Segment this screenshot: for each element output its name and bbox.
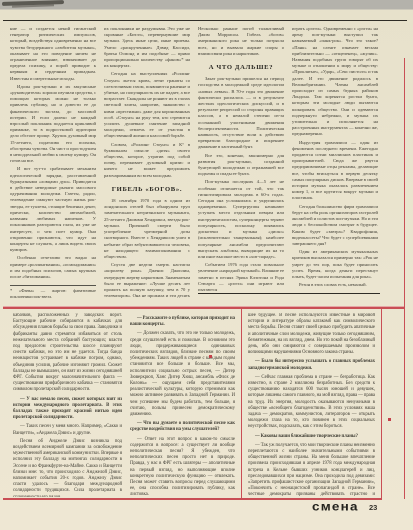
top-article-column-3: Несколько раньше погиб талантливый Джим … — [198, 26, 284, 298]
magazine-page: ние — и создается некий гигантский генер… — [0, 0, 413, 530]
interview-column-3: шее будущее. В песне используются извест… — [248, 313, 375, 497]
interview-question: — Расскажите о публике, которая приходит… — [130, 316, 235, 328]
body-paragraph: Закат рок-музыки пришелся на период госп… — [198, 76, 284, 150]
body-paragraph: Один из американских музыкальных критико… — [292, 249, 378, 280]
interview-question: — Что вы думаете о политической песне ка… — [130, 421, 235, 433]
section-heading: ГИБЕЛЬ «БОГОВ». — [104, 187, 190, 193]
body-paragraph: Индустрия грамзаписи — один из феноменов… — [292, 140, 378, 202]
interview-question: — Каковы ваши ближайшие творческие планы… — [248, 434, 375, 440]
body-paragraph: шее будущее. В песне используются извест… — [248, 313, 375, 356]
body-paragraph: — Так уж получается, что мои творческие … — [248, 443, 375, 497]
page-edge-red-rule — [404, 58, 405, 499]
body-paragraph: Словом, «Роллинг Стоунз» и К° в буквальн… — [104, 142, 190, 179]
magazine-logo: смена — [312, 500, 359, 513]
red-frame-right-edge — [381, 307, 382, 500]
body-paragraph: играть «рэгги». Одновременно с «рэгги» н… — [292, 26, 378, 138]
body-paragraph: 18 сентября 1970 года в одном из лондонс… — [104, 198, 190, 260]
body-paragraph: Несколько раньше погиб талантливый Джим … — [198, 26, 284, 57]
article-end-rule — [198, 293, 380, 294]
body-paragraph: Поп-музыка последних 4—5 лет не особенно… — [198, 179, 284, 260]
body-paragraph: ние — и создается некий гигантский генер… — [10, 26, 96, 82]
top-article-column-4: играть «рэгги». Одновременно с «рэгги» н… — [292, 26, 378, 298]
body-paragraph: Сегодня большинство фирм грамзаписи беру… — [292, 204, 378, 247]
top-rule — [3, 20, 407, 21]
red-mark — [209, 355, 212, 358]
body-paragraph: — Должен сказать, что это не только моло… — [130, 331, 235, 418]
red-frame-left-edge — [241, 307, 242, 500]
interview-column-2: — Расскажите о публике, которая приходит… — [130, 313, 235, 497]
page-number: 23 — [369, 503, 377, 512]
body-paragraph: их поклонники не раздумывая. Это уже не … — [104, 26, 190, 69]
interview-question: — У вас немало песен, сюжет которых взят… — [13, 397, 122, 422]
body-paragraph: — Ответ на этот вопрос в каком-то смысле… — [130, 437, 235, 497]
body-paragraph: И вот тут-то срабатывает механизм идеоло… — [10, 166, 96, 253]
footnote: * «Фаны» — жаргон: фанатичные поклонники… — [10, 285, 96, 298]
body-paragraph: — Сейчас главная проблема в стране — без… — [248, 375, 375, 431]
interview-question: — Было бы интересно услышать о главных п… — [248, 359, 375, 371]
body-paragraph: — Таких песен у меня много. Например, «С… — [13, 424, 122, 436]
body-paragraph: кабачков, расположенных у заводских воро… — [13, 313, 122, 394]
body-paragraph: Спустя две недели смерть настигла «корол… — [104, 262, 190, 298]
scan-smudge — [12, 4, 54, 7]
body-paragraph: Сегодня на выступлениях «Роллинг Стоунз»… — [104, 71, 190, 139]
red-mark — [388, 418, 391, 421]
interview-column-1: кабачков, расположенных у заводских воро… — [13, 313, 122, 497]
body-paragraph: Песня об Анджеле Дэвис возникла под возд… — [13, 439, 122, 497]
body-paragraph: Все это, конечно, закономерно для развит… — [198, 153, 284, 178]
section-heading: А ЧТО ДАЛЬШЕ? — [198, 65, 284, 71]
body-paragraph: Резон в этих словах есть, немалый. — [292, 282, 378, 288]
body-paragraph: Особенно отчетливо это видно на примере … — [10, 255, 96, 280]
top-article-column-2: их поклонники не раздумывая. Это уже не … — [104, 26, 190, 298]
top-article-column-1: ние — и создается некий гигантский генер… — [10, 26, 96, 298]
body-paragraph: Идолы рок-музыки и их закулисные «руково… — [10, 84, 96, 165]
body-paragraph: Событием 1976 года стало повальное увлеч… — [198, 262, 284, 293]
section-divider-red — [3, 307, 405, 309]
